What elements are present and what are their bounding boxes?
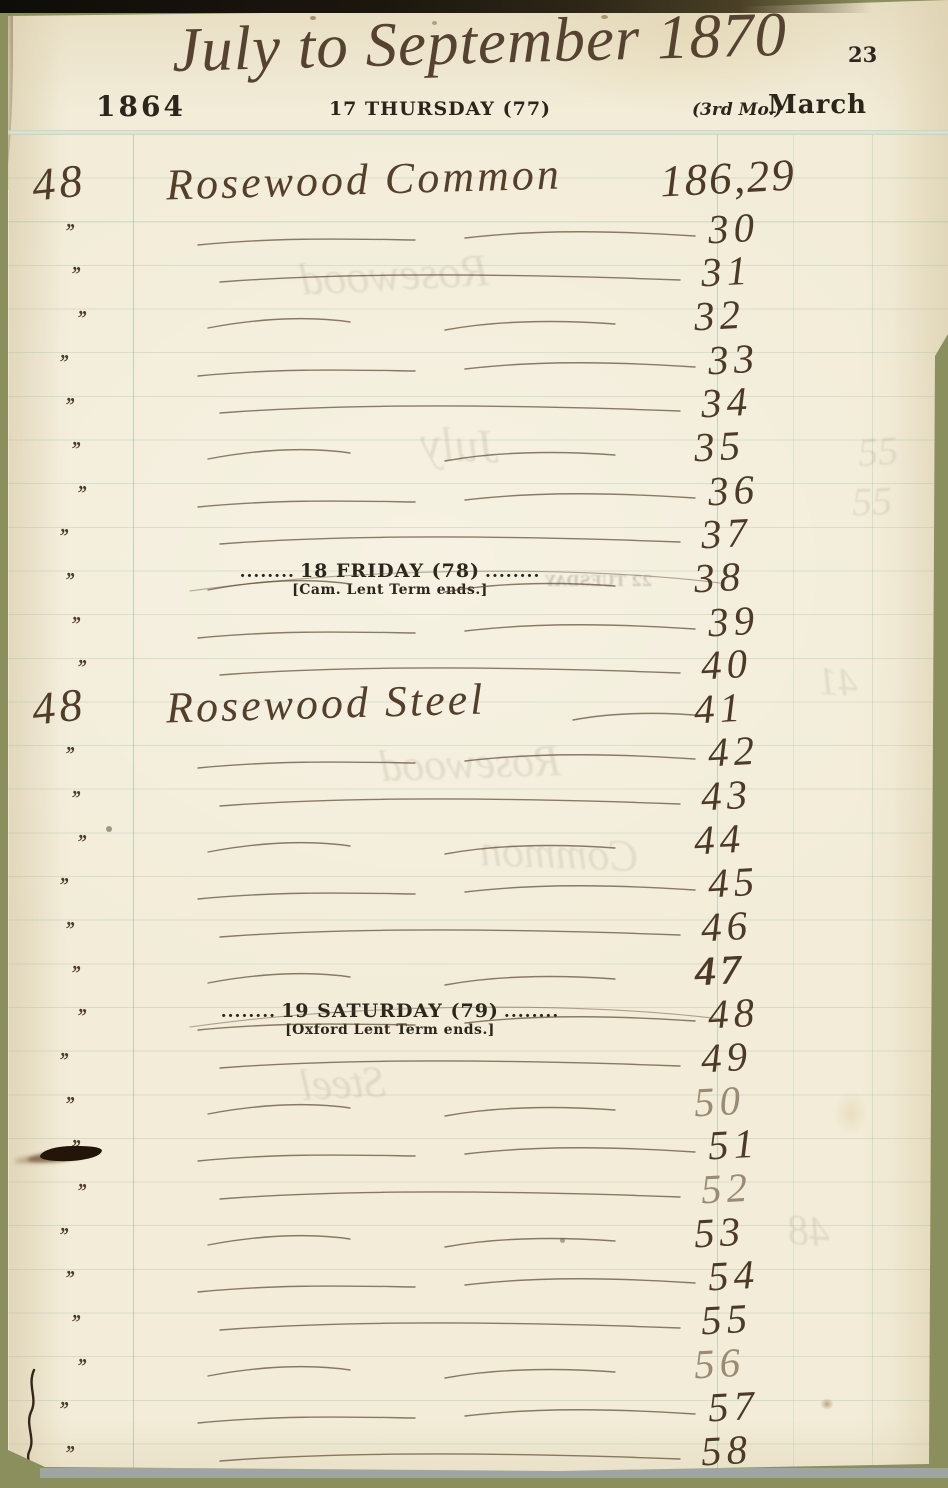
- ledger-row: 48Rosewood Common186,29: [0, 166, 948, 210]
- row-value: 35: [693, 421, 746, 472]
- row-dash-stroke: [190, 1228, 710, 1254]
- row-dash-stroke: [190, 1184, 710, 1210]
- row-dash-stroke: [190, 1402, 710, 1428]
- ledger-row: ’’51: [0, 1126, 948, 1170]
- row-dash-stroke: [190, 791, 710, 817]
- ditto-mark: ’’: [55, 1396, 68, 1427]
- page-left-edge: [0, 190, 9, 1466]
- ditto-mark: ’’: [55, 1222, 68, 1253]
- row-dash-stroke: [190, 922, 710, 948]
- ditto-mark: ’’: [61, 567, 74, 598]
- ledger-row: ’’42: [0, 733, 948, 777]
- ledger-row: ’’36: [0, 472, 948, 516]
- printed-day-header: 17 THURSDAY (77): [300, 98, 580, 120]
- ditto-mark: ’’: [55, 349, 68, 380]
- row-dash-stroke: [190, 1446, 710, 1472]
- row-description: Rosewood Steel: [165, 674, 486, 734]
- row-value: 31: [700, 246, 753, 297]
- ledger-row: ’’45: [0, 864, 948, 908]
- ditto-mark: ’’: [61, 1440, 74, 1471]
- ditto-mark: ’’: [73, 480, 86, 511]
- row-value: 45: [707, 857, 760, 908]
- row-value: 186,29: [659, 148, 797, 207]
- row-dash-stroke: [190, 355, 710, 381]
- ledger-row: ’’39: [0, 603, 948, 647]
- ditto-mark: ’’: [67, 611, 80, 642]
- row-value: 55: [700, 1294, 753, 1345]
- row-dash-stroke: [190, 617, 710, 643]
- printed-month: March: [768, 90, 867, 120]
- ditto-mark: ’’: [73, 1003, 86, 1034]
- diary-page: 1864 17 THURSDAY (77) (3rd Mo.) March 23…: [0, 0, 948, 1488]
- row-dash-stroke: [565, 704, 715, 730]
- row-dash-stroke: [190, 1097, 710, 1123]
- row-dash-stroke: [190, 224, 710, 250]
- ledger-row: ’’50: [0, 1083, 948, 1127]
- book-binding-edge: [0, 0, 948, 13]
- scanned-diary-page: 1864 17 THURSDAY (77) (3rd Mo.) March 23…: [0, 0, 948, 1488]
- ditto-mark: ’’: [61, 218, 74, 249]
- ledger-row: ’’52: [0, 1170, 948, 1214]
- ditto-mark: ’’: [73, 829, 86, 860]
- ditto-mark: ’’: [55, 523, 68, 554]
- ditto-mark: ’’: [67, 261, 80, 292]
- margin-squiggle-stroke: [22, 1368, 46, 1468]
- row-dash-stroke: [190, 835, 710, 861]
- row-value: 43: [700, 770, 753, 821]
- row-dash-stroke: [190, 398, 710, 424]
- row-dash-stroke: [190, 442, 710, 468]
- header-rule: [0, 130, 948, 135]
- row-value: 49: [700, 1032, 753, 1083]
- row-value: 48: [707, 988, 760, 1039]
- ledger-row: ’’48: [0, 995, 948, 1039]
- row-dash-stroke: [190, 1315, 710, 1341]
- ledger-row: ’’47: [0, 952, 948, 996]
- ditto-mark: ’’: [61, 916, 74, 947]
- row-dash-stroke: [190, 1140, 710, 1166]
- handwritten-title: July to September 1870: [171, 0, 788, 87]
- pen-arc-stroke: [175, 999, 735, 1029]
- ledger-row: ’’34: [0, 384, 948, 428]
- row-dash-stroke: [190, 747, 710, 773]
- ledger-row: ’’30: [0, 210, 948, 254]
- row-dash-stroke: [190, 311, 710, 337]
- pen-arc-stroke: [175, 563, 735, 593]
- ledger-row: ’’43: [0, 777, 948, 821]
- ditto-mark: ’’: [61, 1265, 74, 1296]
- row-dash-stroke: [190, 1271, 710, 1297]
- ledger-row: ’’38: [0, 559, 948, 603]
- ditto-mark: ’’: [67, 436, 80, 467]
- row-description: Rosewood Common: [165, 148, 562, 210]
- ledger-row: ’’33: [0, 341, 948, 385]
- row-value: 51: [707, 1119, 760, 1170]
- ledger-row: ’’49: [0, 1039, 948, 1083]
- ledger-row: ’’46: [0, 908, 948, 952]
- ledger-row: ’’32: [0, 297, 948, 341]
- row-value: 37: [700, 508, 753, 559]
- row-value: 32: [693, 290, 746, 341]
- row-value: 34: [700, 377, 753, 428]
- row-dash-stroke: [190, 1359, 710, 1385]
- ditto-mark: ’’: [55, 1047, 68, 1078]
- ditto-mark: ’’: [73, 1353, 86, 1384]
- ditto-mark: ’’: [61, 392, 74, 423]
- ditto-mark: ’’: [67, 1309, 80, 1340]
- ledger-row: ’’37: [0, 515, 948, 559]
- binding-speck: [432, 21, 437, 25]
- ledger-row: ’’57: [0, 1388, 948, 1432]
- row-value: 46: [700, 901, 753, 952]
- row-value: 57: [707, 1381, 760, 1432]
- ledger-row: ’’55: [0, 1301, 948, 1345]
- ditto-mark: ’’: [61, 741, 74, 772]
- ledger-row: 48Rosewood Steel41: [0, 690, 948, 734]
- printed-year: 1864: [96, 90, 186, 123]
- ledger-row: ’’35: [0, 428, 948, 472]
- binding-speck: [601, 15, 608, 19]
- row-dash-stroke: [190, 267, 710, 293]
- ledger-row: ’’56: [0, 1345, 948, 1389]
- row-value: 52: [700, 1163, 753, 1214]
- row-figure: 48: [29, 677, 88, 735]
- ledger-row: ’’53: [0, 1214, 948, 1258]
- row-dash-stroke: [190, 529, 710, 555]
- ditto-mark: ’’: [67, 960, 80, 991]
- ditto-mark: ’’: [55, 872, 68, 903]
- row-dash-stroke: [190, 878, 710, 904]
- ledger-row: ’’54: [0, 1257, 948, 1301]
- ditto-mark: ’’: [61, 1091, 74, 1122]
- ditto-mark: ’’: [67, 785, 80, 816]
- page-number: 23: [848, 42, 877, 67]
- row-dash-stroke: [190, 486, 710, 512]
- row-value: 42: [707, 726, 760, 777]
- row-value: 54: [707, 1250, 760, 1301]
- row-dash-stroke: [190, 966, 710, 992]
- ditto-mark: ’’: [73, 305, 86, 336]
- row-value: 38: [693, 552, 746, 603]
- ledger-row: ’’31: [0, 253, 948, 297]
- ditto-mark: ’’: [73, 1178, 86, 1209]
- ledger-row: ’’44: [0, 821, 948, 865]
- row-dash-stroke: [190, 1053, 710, 1079]
- row-value: 40: [700, 639, 753, 690]
- row-figure: 48: [29, 153, 88, 211]
- binding-speck: [310, 16, 316, 20]
